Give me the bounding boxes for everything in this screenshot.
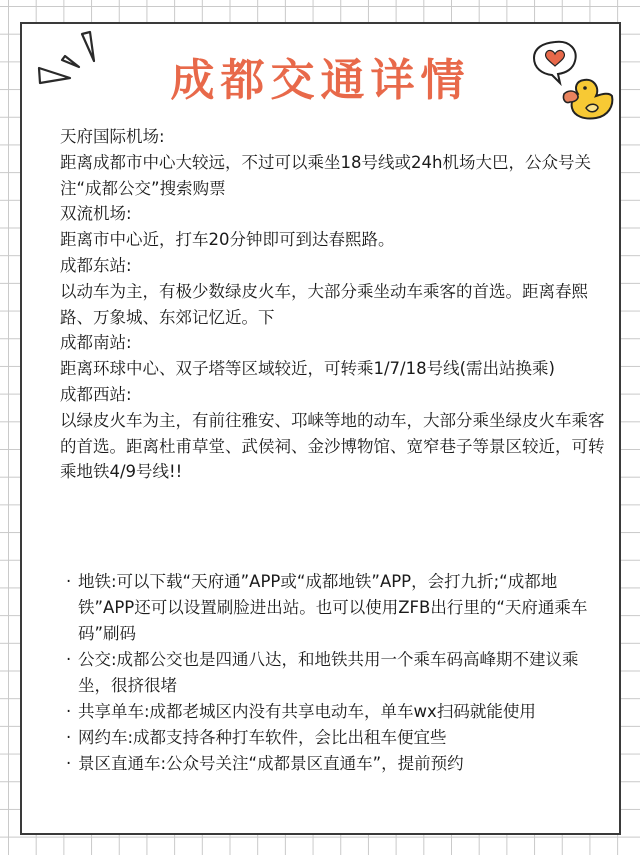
section-body: 距离成都市中心大较远，不过可以乘坐18号线或24h机场大巴，公众号关注“成都公交… bbox=[60, 150, 605, 202]
tip-text: 地铁:可以下载“天府通”APP或“成都地铁”APP，会打九折;“成都地铁”APP… bbox=[78, 572, 587, 643]
bullet-icon: · bbox=[66, 699, 71, 725]
bullet-icon: · bbox=[66, 647, 71, 673]
section-body: 距离环球中心、双子塔等区域较近，可转乘1/7/18号线(需出站换乘) bbox=[60, 356, 605, 382]
section-heading: 双流机场: bbox=[60, 201, 605, 227]
list-item: ·景区直通车:公众号关注“成都景区直通车”，提前预约 bbox=[60, 751, 600, 777]
bullet-icon: · bbox=[66, 751, 71, 777]
tip-text: 景区直通车:公众号关注“成都景区直通车”，提前预约 bbox=[78, 754, 464, 773]
transport-tips-list: ·地铁:可以下载“天府通”APP或“成都地铁”APP，会打九折;“成都地铁”AP… bbox=[60, 569, 600, 777]
section-body: 距离市中心近，打车20分钟即可到达春熙路。 bbox=[60, 227, 605, 253]
transport-hubs: 天府国际机场: 距离成都市中心大较远，不过可以乘坐18号线或24h机场大巴，公众… bbox=[60, 124, 605, 485]
list-item: ·网约车:成都支持各种打车软件，会比出租车便宜些 bbox=[60, 725, 600, 751]
list-item: ·地铁:可以下载“天府通”APP或“成都地铁”APP，会打九折;“成都地铁”AP… bbox=[60, 569, 600, 647]
section-body: 以动车为主，有极少数绿皮火车，大部分乘坐动车乘客的首选。距离春熙路、万象城、东郊… bbox=[60, 279, 605, 331]
rubber-duck-icon bbox=[522, 36, 617, 131]
tip-text: 共享单车:成都老城区内没有共享电动车，单车wx扫码就能使用 bbox=[78, 702, 536, 721]
list-item: ·共享单车:成都老城区内没有共享电动车，单车wx扫码就能使用 bbox=[60, 699, 600, 725]
tip-text: 公交:成都公交也是四通八达，和地铁共用一个乘车码高峰期不建议乘坐，很挤很堵 bbox=[78, 650, 579, 695]
info-card: 成都交通详情 天府国际机场: 距离成都市中心大较远，不过可以乘坐18号线或24h… bbox=[20, 22, 621, 835]
section-heading: 成都南站: bbox=[60, 330, 605, 356]
bullet-icon: · bbox=[66, 725, 71, 751]
heart-speech-bubble-icon bbox=[534, 42, 576, 83]
bullet-icon: · bbox=[66, 569, 71, 595]
section-heading: 成都东站: bbox=[60, 253, 605, 279]
section-heading: 成都西站: bbox=[60, 382, 605, 408]
section-heading: 天府国际机场: bbox=[60, 124, 605, 150]
list-item: ·公交:成都公交也是四通八达，和地铁共用一个乘车码高峰期不建议乘坐，很挤很堵 bbox=[60, 647, 600, 699]
section-body: 以绿皮火车为主，有前往雅安、邛崃等地的动车，大部分乘坐绿皮火车乘客的首选。距离杜… bbox=[60, 408, 605, 485]
tip-text: 网约车:成都支持各种打车软件，会比出租车便宜些 bbox=[78, 728, 447, 747]
